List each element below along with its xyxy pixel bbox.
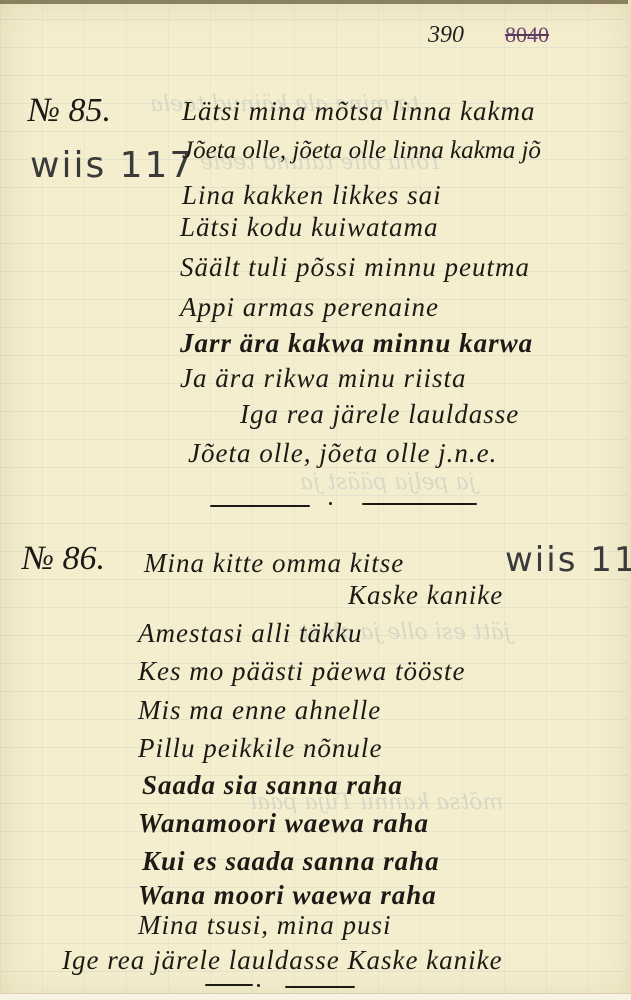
- verse-line: Säält tuli põssi minnu peutma: [180, 252, 530, 283]
- verse-line: Lätsi mina mõtsa linna kakma: [182, 96, 536, 127]
- verse-line: Mis ma enne ahnelle: [138, 695, 381, 726]
- verse-line: Kes mo päästi päewa tööste: [138, 656, 466, 687]
- section-divider-right: [285, 986, 355, 988]
- verse-line: Jarr ära kakwa minnu karwa: [180, 328, 533, 359]
- song-title: Mina kitte omma kitse: [144, 548, 404, 579]
- page-top-edge: [0, 0, 631, 4]
- tune-reference: wiis 119: [505, 540, 631, 580]
- verse-line: Lina kakken likkes sai: [182, 180, 442, 211]
- verse-line: Ja ära rikwa minu riista: [180, 363, 467, 394]
- verse-line: Kui es saada sanna raha: [142, 846, 440, 877]
- manuscript-page: ta mina ala käinud teela Tõnu olle talun…: [0, 0, 631, 1000]
- struck-folio-number: 8040: [505, 22, 549, 48]
- song-number: № 85.: [28, 92, 111, 130]
- section-divider-right: [362, 503, 477, 505]
- section-divider-dot: [257, 984, 260, 987]
- verse-line: Mina tsusi, mina pusi: [138, 910, 392, 941]
- performance-note: Iga rea järele lauldasse: [240, 399, 519, 430]
- page-bottom-edge: [0, 993, 631, 1000]
- verse-line: Lätsi kodu kuiwatama: [180, 212, 439, 243]
- song-subtitle: Kaske kanike: [348, 580, 503, 611]
- section-divider-dot: [329, 502, 332, 505]
- tune-reference: wiis 117: [30, 145, 194, 186]
- bleed-through-text: ja pelja pääst ja: [300, 470, 475, 495]
- verse-line: Wana moori waewa raha: [138, 880, 437, 911]
- performance-note: Ige rea järele lauldasse Kaske kanike: [62, 945, 503, 976]
- verse-line: Pillu peikkile nõnule: [138, 733, 382, 764]
- song-number: № 86.: [22, 540, 105, 578]
- verse-line: Appi armas perenaine: [180, 292, 439, 323]
- verse-line: Amestasi alli täkku: [138, 618, 362, 649]
- verse-line: Wanamoori waewa raha: [138, 808, 429, 839]
- section-divider-left: [210, 505, 310, 507]
- verse-line: Saada sia sanna raha: [142, 770, 403, 801]
- folio-number: 390: [428, 22, 464, 49]
- refrain-line: Jõeta olle, jõeta olle j.n.e.: [188, 438, 497, 469]
- section-divider-left: [205, 984, 253, 986]
- verse-line: Jõeta olle, jõeta olle linna kakma jõ: [182, 137, 541, 165]
